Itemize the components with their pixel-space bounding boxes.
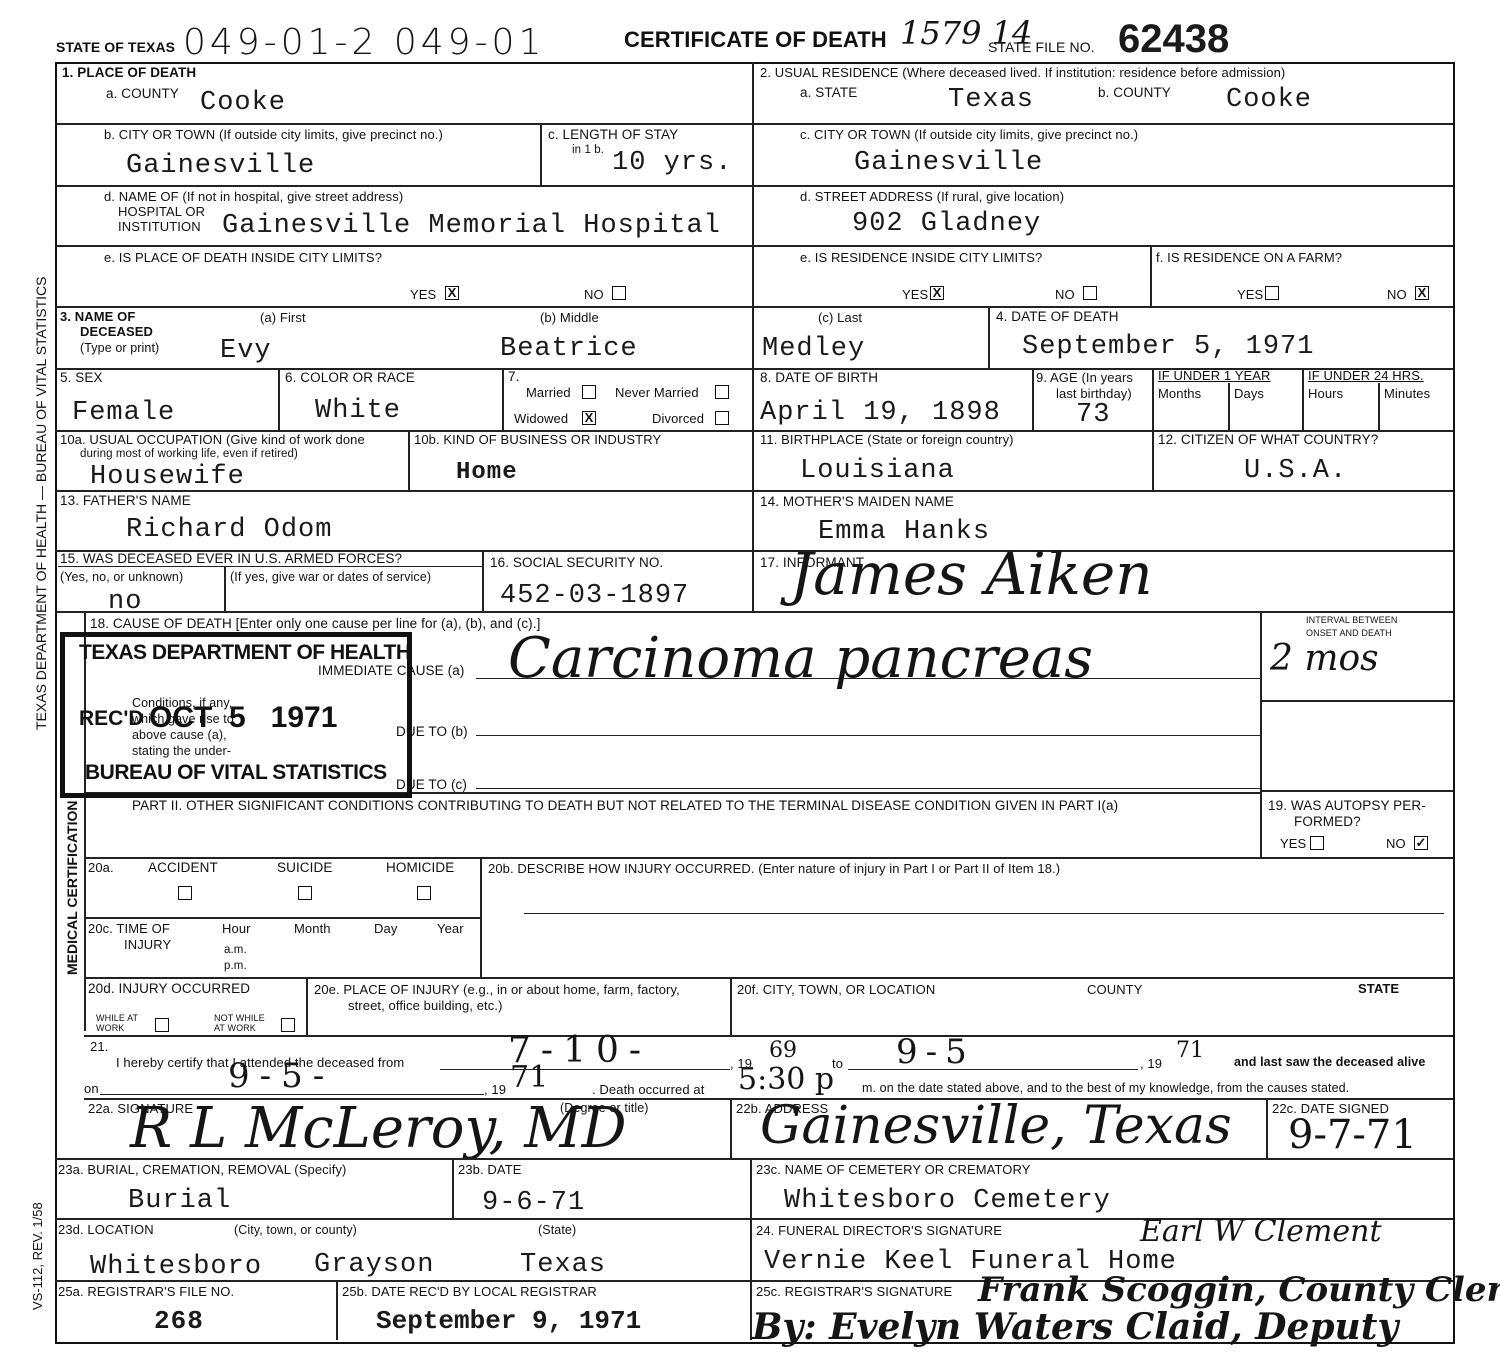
time-of-injury-label-2: INJURY <box>124 937 171 952</box>
suicide-label: SUICIDE <box>277 860 332 875</box>
interval-label-1: INTERVAL BETWEEN <box>1306 615 1397 625</box>
certificate-title: CERTIFICATE OF DEATH <box>624 28 887 52</box>
autopsy-no-checkbox[interactable]: ✓ <box>1414 836 1428 850</box>
place-of-injury-label-2: street, office building, etc.) <box>348 998 503 1013</box>
citizen-label: 12. CITIZEN OF WHAT COUNTRY? <box>1158 432 1378 447</box>
pod-county-label: a. COUNTY <box>106 86 179 101</box>
location-city-label: (City, town, or county) <box>234 1223 357 1238</box>
residence-county-value: Cooke <box>1226 85 1312 115</box>
injury-state-label: STATE <box>1358 981 1399 996</box>
first-name-value: Evy <box>220 336 272 366</box>
residence-inside-city-no-checkbox[interactable] <box>1083 286 1097 300</box>
injury-20a-label: 20a. <box>88 860 114 875</box>
citizen-value: U.S.A. <box>1244 456 1347 486</box>
widowed-checkbox[interactable]: X <box>582 411 596 425</box>
autopsy-label-2: FORMED? <box>1294 814 1361 829</box>
residence-farm-label: f. IS RESIDENCE ON A FARM? <box>1156 250 1342 265</box>
informant-signature: James Aiken <box>790 540 1153 608</box>
registrar-date-value: September 9, 1971 <box>376 1306 641 1336</box>
attended-to-date: 9-5 <box>896 1032 975 1072</box>
received-stamp: TEXAS DEPARTMENT OF HEALTH REC'D OCT 5 1… <box>60 632 412 798</box>
minutes-label: Minutes <box>1384 386 1430 401</box>
father-label: 13. FATHER'S NAME <box>60 493 191 508</box>
registrar-signature-label: 25c. REGISTRAR'S SIGNATURE <box>756 1284 952 1299</box>
dob-label: 8. DATE OF BIRTH <box>760 370 878 385</box>
farm-no-label: NO <box>1387 287 1407 302</box>
injury-city-label: 20f. CITY, TOWN, OR LOCATION <box>737 982 935 997</box>
injury-county-label: COUNTY <box>1087 982 1143 997</box>
business-label: 10b. KIND OF BUSINESS OR INDUSTRY <box>414 432 661 447</box>
age-label-1: 9. AGE (In years <box>1036 370 1133 385</box>
occupation-label: 10a. USUAL OCCUPATION (Give kind of work… <box>60 432 365 447</box>
physician-signature: R L McLeroy, MD <box>130 1096 627 1161</box>
first-name-label: (a) First <box>260 310 306 325</box>
center-divider <box>752 62 754 612</box>
months-label: Months <box>1158 386 1201 401</box>
hours-label: Hours <box>1308 386 1343 401</box>
interval-value: 2 mos <box>1270 638 1379 679</box>
farm-no-checkbox[interactable]: X <box>1415 286 1429 300</box>
name-label-3: (Type or print) <box>80 341 159 356</box>
registrar-file-value: 268 <box>154 1306 204 1336</box>
residence-no-label: NO <box>1055 287 1075 302</box>
cert-text-2: and last saw the deceased alive <box>1234 1055 1425 1070</box>
married-label: Married <box>526 385 571 400</box>
homicide-label: HOMICIDE <box>386 860 454 875</box>
side-label-medical-certification: MEDICAL CERTIFICATION <box>64 801 80 975</box>
to-year-prefix: , 19 <box>1140 1056 1162 1071</box>
father-value: Richard Odom <box>126 515 332 545</box>
street-address-label: d. STREET ADDRESS (If rural, give locati… <box>800 189 1064 204</box>
length-of-stay-value: 10 yrs. <box>612 148 732 178</box>
date-of-death-label: 4. DATE OF DEATH <box>996 309 1119 324</box>
am-label: a.m. <box>224 944 247 957</box>
street-address-value: 902 Gladney <box>852 209 1041 239</box>
death-occurred-label: . Death occurred at <box>592 1082 704 1097</box>
age-value: 73 <box>1076 400 1110 430</box>
funeral-director-label: 24. FUNERAL DIRECTOR'S SIGNATURE <box>756 1223 1002 1238</box>
year-label: Year <box>437 921 464 936</box>
age-label-2: last birthday) <box>1056 386 1132 401</box>
last-seen-date: 9-5- <box>228 1056 334 1096</box>
business-value: Home <box>456 458 518 488</box>
autopsy-label-1: 19. WAS AUTOPSY PER- <box>1268 798 1426 813</box>
hospital-label-2: HOSPITAL OR <box>118 204 205 219</box>
days-label: Days <box>1234 386 1264 401</box>
disposition-date-value: 9-6-71 <box>482 1188 585 1218</box>
middle-name-label: (b) Middle <box>540 310 599 325</box>
residence-county-label: b. COUNTY <box>1098 85 1171 100</box>
armed-forces-value: no <box>108 587 142 617</box>
registrar-file-label: 25a. REGISTRAR'S FILE NO. <box>58 1284 234 1299</box>
suicide-checkbox[interactable] <box>298 886 312 900</box>
hospital-label-3: INSTITUTION <box>118 219 201 234</box>
day-label: Day <box>374 921 397 936</box>
hour-label: Hour <box>222 921 251 936</box>
part-2-label: PART II. OTHER SIGNIFICANT CONDITIONS CO… <box>132 798 1118 813</box>
homicide-checkbox[interactable] <box>417 886 431 900</box>
cert-text-3: m. on the date stated above, and to the … <box>862 1081 1349 1096</box>
name-label-1: 3. NAME OF <box>60 309 135 324</box>
physician-address: Gainesville, Texas <box>760 1096 1232 1156</box>
location-city-value: Whitesboro <box>90 1252 262 1282</box>
under-24-hrs-label: IF UNDER 24 HRS. <box>1308 368 1424 383</box>
burial-label: 23a. BURIAL, CREMATION, REMOVAL (Specify… <box>58 1162 346 1177</box>
date-of-death-value: September 5, 1971 <box>1022 332 1314 362</box>
residence-city-label: c. CITY OR TOWN (If outside city limits,… <box>800 127 1138 142</box>
cert-21-label: 21. <box>90 1039 108 1054</box>
never-married-label: Never Married <box>615 385 699 400</box>
location-state-value: Texas <box>520 1250 606 1280</box>
while-at-work-label-1: WHILE AT <box>96 1013 138 1023</box>
state-file-number: 62438 <box>1118 18 1229 60</box>
ssn-label: 16. SOCIAL SECURITY NO. <box>490 555 663 570</box>
hospital-label: d. NAME OF (If not in hospital, give str… <box>104 189 403 204</box>
state-file-label: STATE FILE NO. <box>988 40 1095 55</box>
accident-label: ACCIDENT <box>148 860 218 875</box>
pod-inside-city-no-checkbox[interactable] <box>612 286 626 300</box>
autopsy-yes-checkbox[interactable] <box>1310 836 1324 850</box>
birthplace-value: Louisiana <box>800 456 955 486</box>
pod-county-value: Cooke <box>200 88 286 118</box>
stamp-date: OCT 5 1971 <box>149 701 337 735</box>
length-of-stay-label: c. LENGTH OF STAY <box>548 127 678 142</box>
farm-yes-label: YES <box>1237 287 1263 302</box>
last-seen-year: 71 <box>510 1060 548 1095</box>
date-signed-value: 9-7-71 <box>1288 1112 1417 1158</box>
not-while-at-work-label-1: NOT WHILE <box>214 1013 265 1023</box>
pod-inside-city-label: e. IS PLACE OF DEATH INSIDE CITY LIMITS? <box>104 250 382 265</box>
location-county-value: Grayson <box>314 1250 434 1280</box>
form-number: VS-112, REV. 1/58 <box>30 1202 45 1310</box>
residence-yes-label: YES <box>902 287 928 302</box>
stamp-line-1: TEXAS DEPARTMENT OF HEALTH <box>79 641 411 665</box>
residence-inside-city-label: e. IS RESIDENCE INSIDE CITY LIMITS? <box>800 250 1042 265</box>
on-year-prefix: , 19 <box>484 1082 506 1097</box>
last-name-value: Medley <box>762 334 865 364</box>
divorced-label: Divorced <box>652 411 704 426</box>
disposition-date-label: 23b. DATE <box>458 1162 522 1177</box>
location-label: 23d. LOCATION <box>58 1222 154 1237</box>
farm-yes-checkbox[interactable] <box>1265 286 1279 300</box>
race-value: White <box>315 396 401 426</box>
sex-value: Female <box>72 398 175 428</box>
describe-injury-label: 20b. DESCRIBE HOW INJURY OCCURRED. (Ente… <box>488 861 1060 876</box>
state-of-texas-label: STATE OF TEXAS <box>56 40 175 55</box>
injury-occurred-label: 20d. INJURY OCCURRED <box>88 981 250 996</box>
sex-label: 5. SEX <box>60 370 103 385</box>
pod-inside-city-yes-checkbox[interactable]: X <box>445 286 459 300</box>
stamp-recd: REC'D <box>79 707 144 731</box>
place-of-injury-label: 20e. PLACE OF INJURY (e.g., in or about … <box>314 982 680 997</box>
autopsy-no-label: NO <box>1386 836 1406 851</box>
on-label: on <box>84 1081 99 1096</box>
stamp-line-3: BUREAU OF VITAL STATISTICS <box>85 761 387 785</box>
pm-label: p.m. <box>224 960 247 973</box>
immediate-cause-value: Carcinoma pancreas <box>508 626 1093 691</box>
registrar-signature-line-2: By: Evelyn Waters Claid, Deputy <box>752 1306 1398 1348</box>
month-label: Month <box>294 921 331 936</box>
birthplace-label: 11. BIRTHPLACE (State or foreign country… <box>760 432 1014 447</box>
place-of-death-label: 1. PLACE OF DEATH <box>62 65 196 80</box>
pod-city-label: b. CITY OR TOWN (If outside city limits,… <box>104 127 443 142</box>
never-married-checkbox[interactable] <box>715 385 729 399</box>
dob-value: April 19, 1898 <box>760 398 1001 428</box>
handwritten-codes: 049-01-2 049-01 <box>183 22 545 63</box>
cemetery-label: 23c. NAME OF CEMETERY OR CREMATORY <box>756 1162 1031 1177</box>
marital-label: 7. <box>508 369 519 384</box>
cemetery-value: Whitesboro Cemetery <box>784 1186 1111 1216</box>
while-at-work-checkbox[interactable] <box>155 1018 169 1032</box>
attended-from-year: 69 <box>769 1038 797 1063</box>
under-1-year-label: IF UNDER 1 YEAR <box>1158 368 1271 383</box>
not-while-at-work-checkbox[interactable] <box>281 1018 295 1032</box>
ssn-value: 452-03-1897 <box>500 581 689 611</box>
interval-label-2: ONSET AND DEATH <box>1306 628 1392 638</box>
time-of-injury-label: 20c. TIME OF <box>88 921 170 936</box>
widowed-label: Widowed <box>514 411 568 426</box>
burial-value: Burial <box>128 1186 231 1216</box>
mother-label: 14. MOTHER'S MAIDEN NAME <box>760 494 954 509</box>
pod-no-label: NO <box>584 287 604 302</box>
occupation-value: Housewife <box>90 462 245 492</box>
armed-forces-sub1: (Yes, no, or unknown) <box>60 571 183 584</box>
death-time: 5:30 p <box>738 1062 834 1097</box>
registrar-signature-line-1: Frank Scoggin, County Clerk <box>978 1270 1500 1310</box>
occupation-sublabel: during most of working life, even if ret… <box>80 448 298 461</box>
accident-checkbox[interactable] <box>178 886 192 900</box>
married-checkbox[interactable] <box>582 385 596 399</box>
while-at-work-label-2: WORK <box>96 1023 124 1033</box>
race-label: 6. COLOR OR RACE <box>285 370 415 385</box>
not-while-at-work-label-2: AT WORK <box>214 1023 256 1033</box>
length-of-stay-sublabel: in 1 b. <box>572 144 604 157</box>
registrar-date-label: 25b. DATE REC'D BY LOCAL REGISTRAR <box>342 1284 597 1299</box>
pod-yes-label: YES <box>410 287 436 302</box>
divorced-checkbox[interactable] <box>715 411 729 425</box>
residence-city-value: Gainesville <box>854 148 1043 178</box>
hospital-value: Gainesville Memorial Hospital <box>222 211 721 241</box>
middle-name-value: Beatrice <box>500 334 638 364</box>
residence-inside-city-yes-checkbox[interactable]: X <box>930 286 944 300</box>
attended-to-year: 71 <box>1176 1038 1204 1063</box>
cause-of-death-label: 18. CAUSE OF DEATH [Enter only one cause… <box>90 616 540 631</box>
side-label-department: TEXAS DEPARTMENT OF HEALTH — BUREAU OF V… <box>33 276 49 730</box>
residence-state-value: Texas <box>948 85 1034 115</box>
residence-label: 2. USUAL RESIDENCE (Where deceased lived… <box>760 65 1285 80</box>
armed-forces-label: 15. WAS DECEASED EVER IN U.S. ARMED FORC… <box>60 551 402 566</box>
autopsy-yes-label: YES <box>1280 836 1306 851</box>
name-label-2: DECEASED <box>80 324 153 339</box>
location-state-label: (State) <box>538 1223 576 1238</box>
armed-forces-sub2: (If yes, give war or dates of service) <box>230 571 431 584</box>
pod-city-value: Gainesville <box>126 151 315 181</box>
funeral-director-signature: Earl W Clement <box>1140 1214 1382 1249</box>
last-name-label: (c) Last <box>818 310 862 325</box>
residence-state-label: a. STATE <box>800 85 857 100</box>
